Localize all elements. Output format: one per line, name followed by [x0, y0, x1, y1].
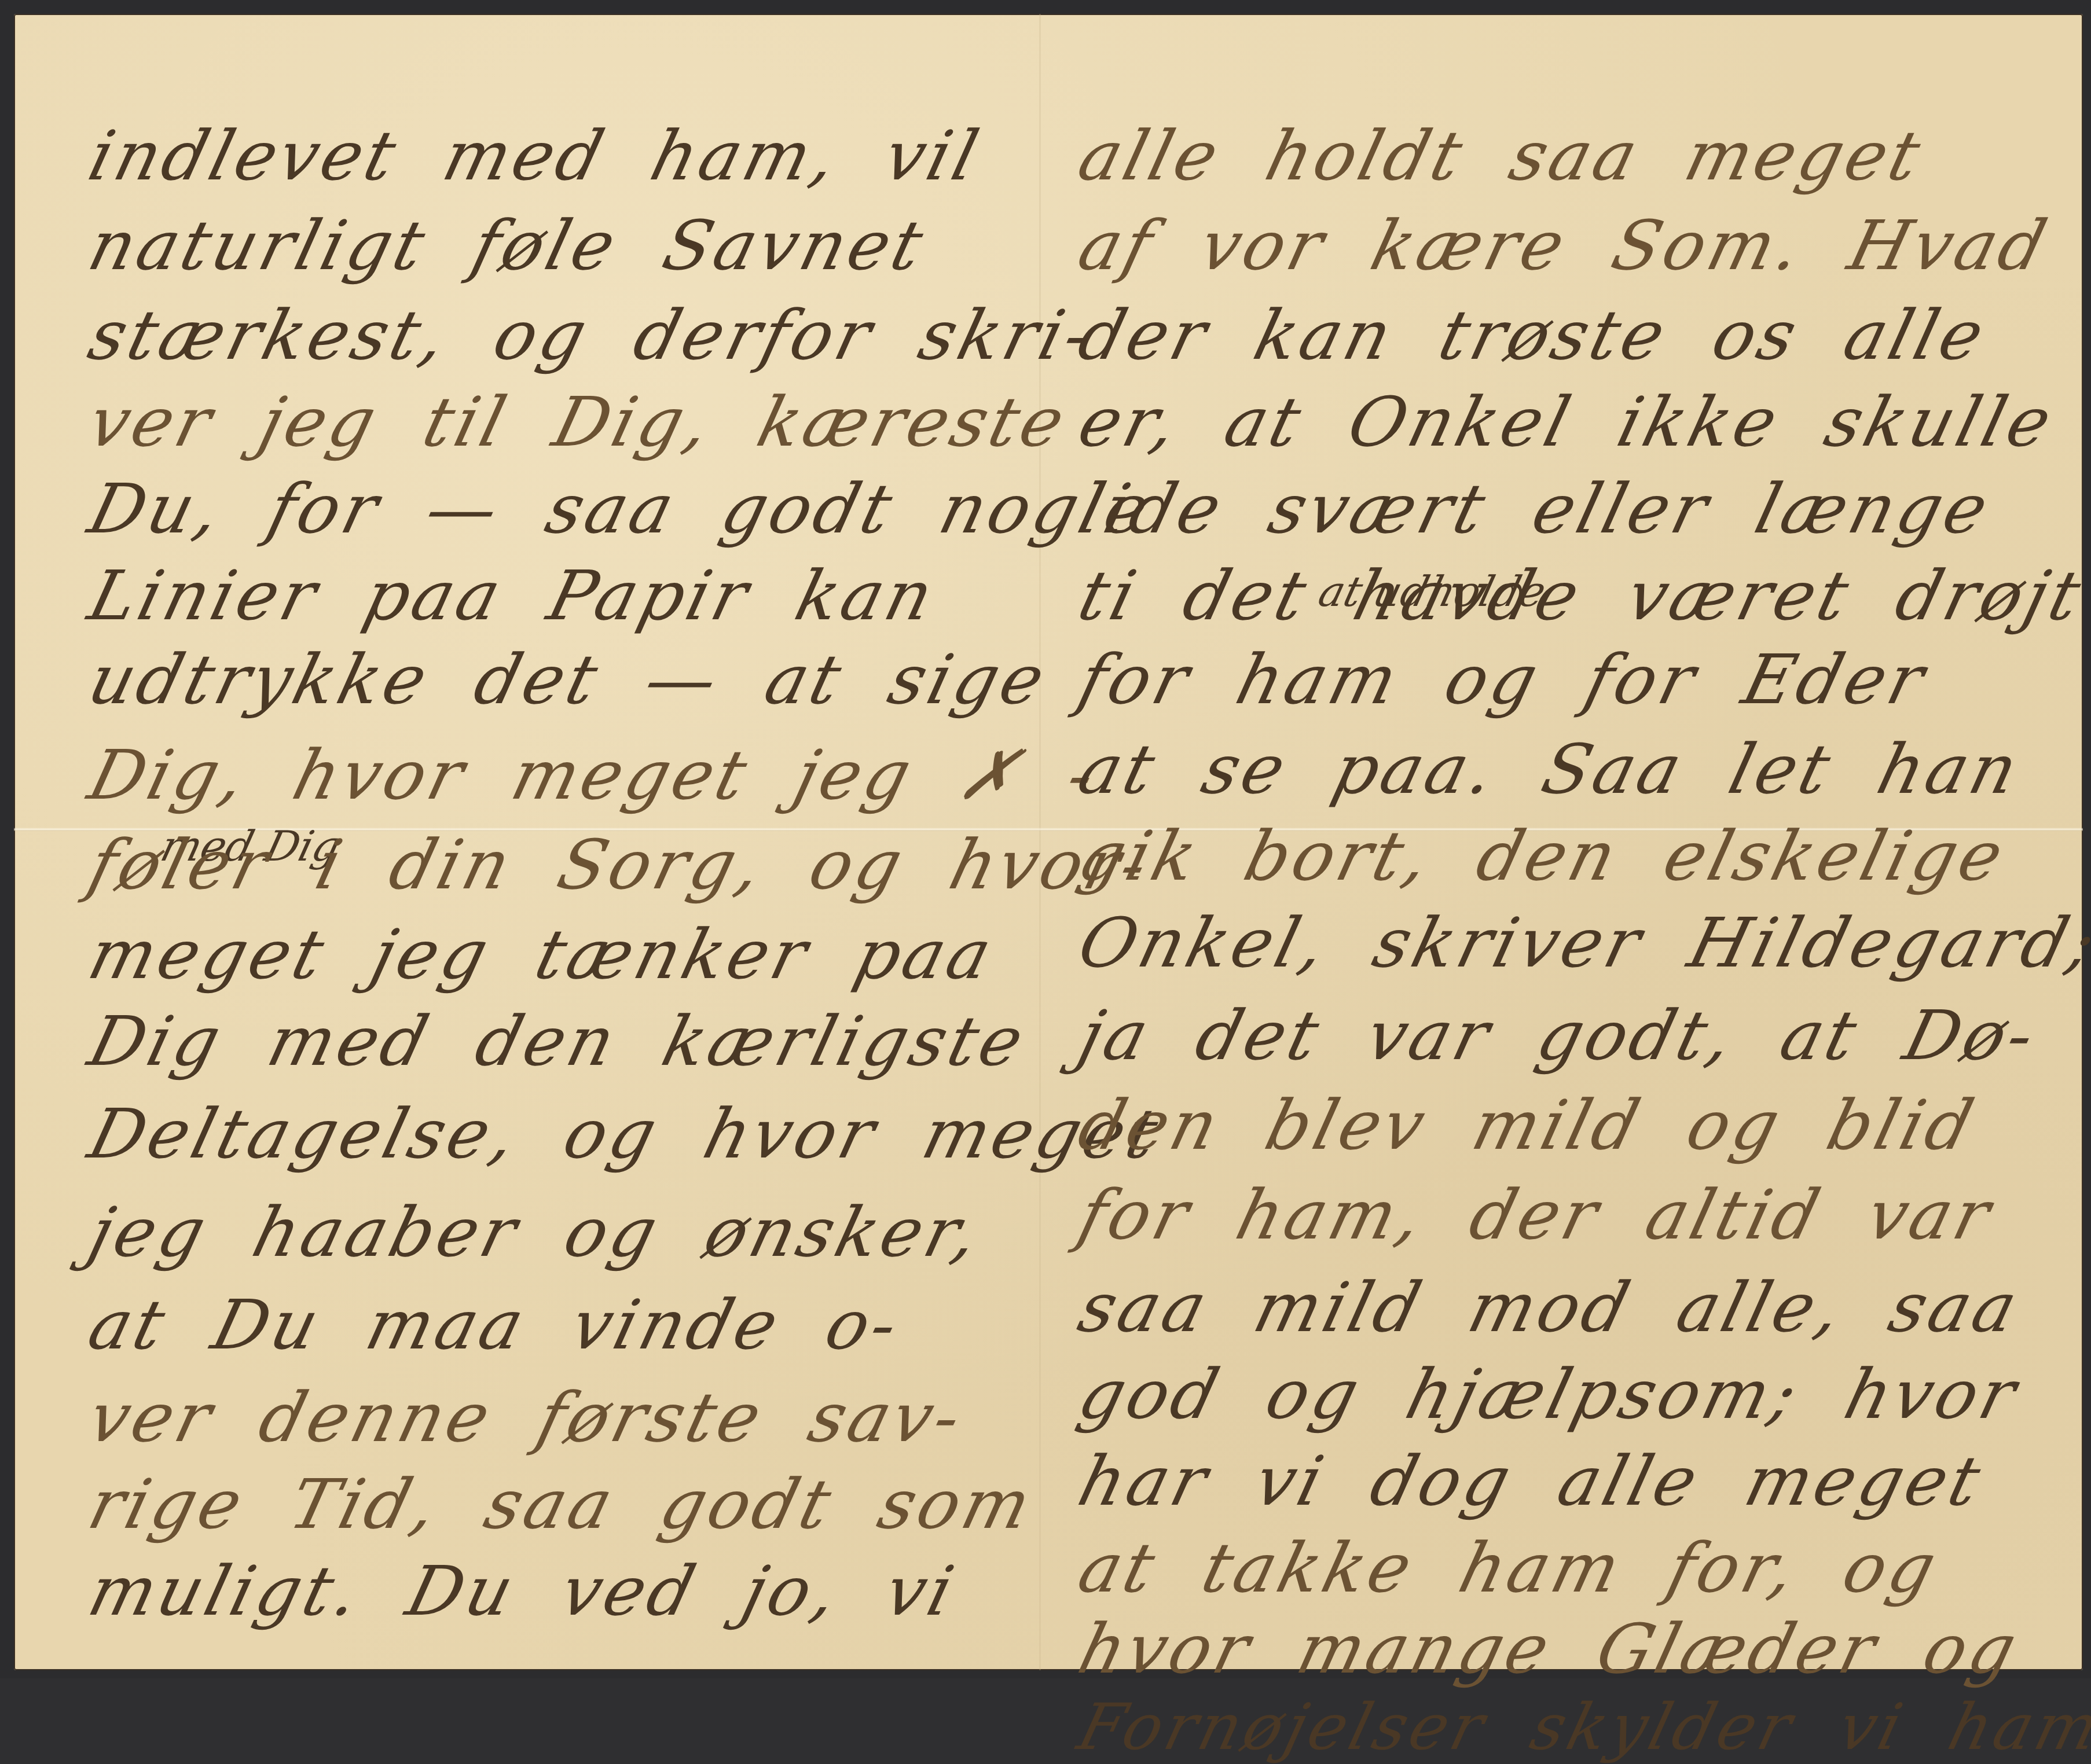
text-line: alle holdt saa meget — [1071, 116, 1931, 196]
text-line: for ham, der altid var — [1071, 1175, 2001, 1255]
text-line: er, at Onkel ikke skulle — [1071, 382, 2063, 462]
text-line: den blev mild og blid — [1071, 1085, 1984, 1165]
text-line: naturligt føle Savnet — [81, 205, 934, 285]
text-line: Deltagelse, og hvor meget — [81, 1094, 1169, 1174]
text-line: hvor mange Glæder og — [1071, 1609, 2027, 1678]
text-line: ver denne første sav- — [81, 1377, 972, 1457]
text-line: at takke ham for, og — [1071, 1528, 1947, 1608]
text-line: stærkest, og derfor skri- — [81, 295, 1103, 375]
text-line: ti det havde været drøjt — [1071, 556, 2091, 635]
text-line: god og hjælpsom; hvor — [1071, 1354, 2027, 1434]
text-line: Onkel, skriver Hildegard; — [1071, 903, 2091, 983]
insertion-note: at udholde — [1314, 567, 1551, 616]
text-line: saa mild mod alle, saa — [1071, 1267, 2028, 1347]
text-line: jeg haaber og ønsker, — [81, 1192, 990, 1272]
text-line: indlevet med ham, vil — [81, 116, 989, 196]
text-line: meget jeg tænker paa — [81, 914, 1003, 994]
text-line: udtrykke det — at sige — [81, 640, 1056, 719]
text-line: ja det var godt, at Dø- — [1071, 995, 2045, 1075]
text-line: muligt. Du ved jo, vi — [81, 1551, 964, 1631]
text-line: lide svært eller længe — [1071, 469, 1999, 549]
text-line: for ham og for Eder — [1071, 640, 1935, 719]
text-line: føler i din Sorg, og hvor- — [81, 825, 1159, 905]
text-line: der kan trøste os alle — [1071, 295, 1995, 375]
text-line: af vor kære Som. Hvad — [1071, 205, 2057, 285]
text-line: har vi dog alle meget — [1071, 1441, 1991, 1521]
text-line: rige Tid, saa godt som — [81, 1464, 1042, 1544]
text-line: Dig, hvor meget jeg ✗ - — [81, 735, 1106, 815]
text-line: ver jeg til Dig, kæreste — [81, 382, 1076, 462]
text-line: Linier paa Papir kan — [81, 556, 944, 635]
text-line: Du, for — saa godt nogle — [81, 469, 1160, 549]
text-line: Dig med den kærligste — [81, 1001, 1035, 1081]
text-line: gik bort, den elskelige — [1071, 816, 2014, 896]
text-line: at Du maa vinde o- — [81, 1285, 909, 1365]
text-line: at se paa. Saa let han — [1071, 729, 2029, 809]
